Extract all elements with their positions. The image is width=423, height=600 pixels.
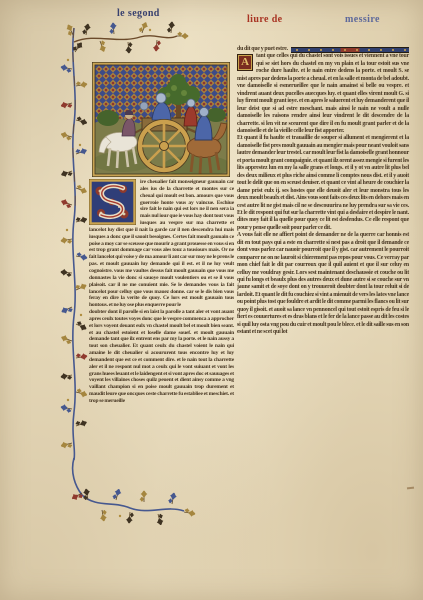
header-left: le segond: [117, 8, 160, 19]
illuminated-initial-s: [89, 179, 136, 225]
right-column-first-line: du dit que y puet estre.: [237, 46, 409, 53]
right-text-column: du dit que y puet estre. A tant que cell…: [237, 46, 409, 337]
first-line-text: du dit que y puet estre.: [237, 46, 288, 53]
illuminated-initial-a: A: [237, 54, 253, 71]
left-paragraph: doubter dont il parolle si en laist la p…: [89, 309, 234, 405]
header-center: liure de: [247, 14, 283, 25]
line-filler-ornament: [291, 47, 409, 53]
right-paragraph: tant que celles qui du chastel sont vois…: [237, 53, 409, 135]
right-paragraph: Et quant il fu haulte et trauaillie de s…: [237, 135, 409, 232]
manuscript-page: le segond liure de messire: [0, 0, 423, 600]
margin-mark: [407, 487, 414, 490]
header-right: messire: [345, 14, 380, 25]
miniature-knight-cart-scene: [92, 62, 230, 177]
left-text-column: ire cheualier fait monseigneur gauuain c…: [89, 179, 234, 405]
right-paragraph: A vous fait elle ne affiert point de dem…: [237, 232, 409, 336]
